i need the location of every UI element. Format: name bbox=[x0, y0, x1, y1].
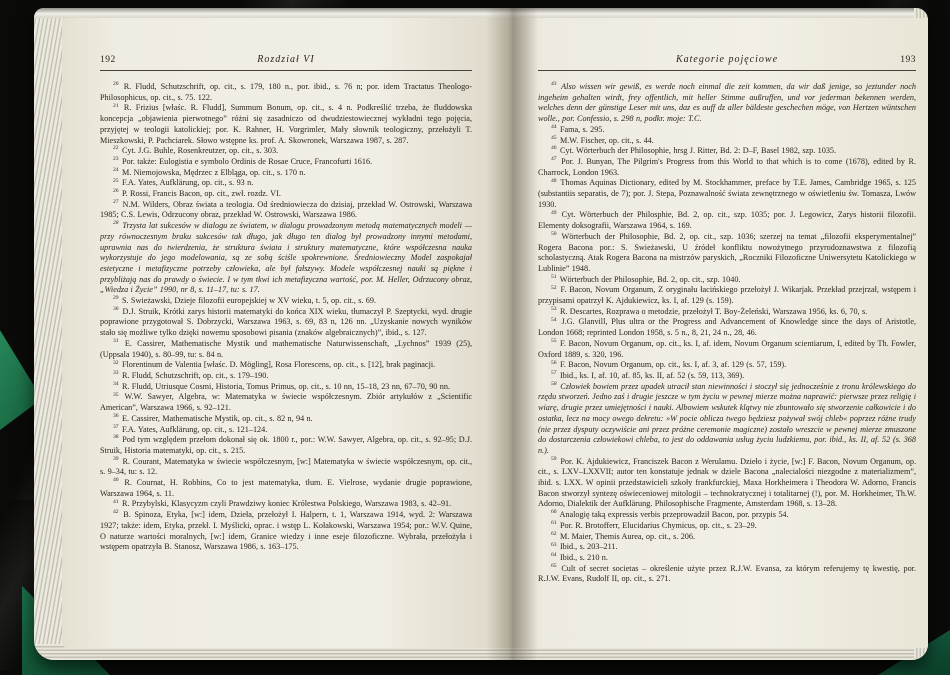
footnote: 23 Por. także: Eulogistia e symbolo Ordi… bbox=[100, 157, 472, 168]
page-edges-top bbox=[34, 8, 928, 18]
footnote-number: 57 bbox=[551, 370, 558, 376]
footnote: 44 Fama, s. 295. bbox=[538, 125, 916, 136]
footnote-number: 20 bbox=[113, 81, 120, 87]
footnote: 34 R. Fludd, Utriusque Cosmi, Historia, … bbox=[100, 382, 472, 393]
footnote: 40 R. Cournat, H. Robbins, Co to jest ma… bbox=[100, 478, 472, 499]
footnote-number: 42 bbox=[113, 509, 120, 515]
footnote-number: 44 bbox=[551, 124, 558, 130]
footnote-number: 53 bbox=[551, 306, 558, 312]
footnote-number: 35 bbox=[113, 392, 120, 398]
footnote-number: 60 bbox=[551, 509, 558, 515]
header-rule bbox=[100, 70, 472, 71]
footnote-number: 34 bbox=[113, 381, 120, 387]
footnote: 46 Cyt. Wörterbuch der Philosophie, hrsg… bbox=[538, 146, 916, 157]
footnote: 20 R. Fludd, Schutzschrift, op. cit., s.… bbox=[100, 82, 472, 103]
footnote: 21 R. Frizius [właśc. R. Fludd], Summum … bbox=[100, 103, 472, 146]
footnote-number: 38 bbox=[113, 434, 120, 440]
footnote-number: 24 bbox=[113, 167, 120, 173]
footnote-number: 55 bbox=[551, 338, 558, 344]
right-footnotes-list: 43 Also wissen wir gewiß, es werde noch … bbox=[538, 82, 916, 585]
book-scan-scene: 192 Rozdział VI 20 R. Fludd, Schutzschri… bbox=[0, 0, 950, 675]
footnote: 48 Thomas Aquinas Dictionary, edited by … bbox=[538, 178, 916, 210]
right-page: Kategorie pojęciowe 193 43 Also wissen w… bbox=[512, 18, 928, 648]
footnote-number: 33 bbox=[113, 370, 120, 376]
footnote: 22 Cyt. J.G. Buhle, Rosenkreutzer, op. c… bbox=[100, 146, 472, 157]
footnote-number: 31 bbox=[113, 338, 120, 344]
footnote: 54 J.G. Glanvill, Plus ultra or the Prog… bbox=[538, 317, 916, 338]
footnote: 53 R. Descartes, Rozprawa o metodzie, pr… bbox=[538, 307, 916, 318]
open-book: 192 Rozdział VI 20 R. Fludd, Schutzschri… bbox=[34, 8, 928, 660]
footnote-number: 32 bbox=[113, 360, 120, 366]
footnote: 35 W.W. Sawyer, Algebra, w: Matematyka w… bbox=[100, 392, 472, 413]
footnote: 59 Por. K. Ajdukiewicz, Franciszek Bacon… bbox=[538, 457, 916, 511]
left-footnotes-list: 20 R. Fludd, Schutzschrift, op. cit., s.… bbox=[100, 82, 472, 553]
left-running-head: Rozdział VI bbox=[160, 54, 412, 65]
footnote-number: 36 bbox=[113, 413, 120, 419]
footnote: 50 Wörterbuch der Philosophie, Bd. 2, op… bbox=[538, 232, 916, 275]
footnote-number: 50 bbox=[551, 231, 558, 237]
footnote: 26 P. Rossi, Francis Bacon, op. cit., zw… bbox=[100, 189, 472, 200]
footnote-number: 23 bbox=[113, 156, 120, 162]
footnote: 62 M. Maier, Themis Aurea, op. cit., s. … bbox=[538, 532, 916, 543]
footnote: 39 R. Courant, Matematyka w świecie wspó… bbox=[100, 457, 472, 478]
footnote: 25 F.A. Yates, Aufklärung, op. cit., s. … bbox=[100, 178, 472, 189]
footnote: 32 Florentinum de Valentia [właśc. D. Mö… bbox=[100, 360, 472, 371]
header-rule bbox=[538, 70, 916, 71]
left-page-header: 192 Rozdział VI bbox=[100, 54, 472, 65]
footnote-number: 37 bbox=[113, 424, 120, 430]
footnote: 60 Analogię taką expressis verbis przepr… bbox=[538, 510, 916, 521]
footnote-number: 64 bbox=[551, 552, 558, 558]
footnote-number: 29 bbox=[113, 295, 120, 301]
footnote: 29 S. Swieżawski, Dzieje filozofii europ… bbox=[100, 296, 472, 307]
footnote-number: 65 bbox=[551, 563, 558, 569]
footnote-number: 61 bbox=[551, 520, 558, 526]
page-edges-left bbox=[34, 8, 64, 660]
footnote: 31 E. Cassirer, Mathematische Mystik und… bbox=[100, 339, 472, 360]
footnote-number: 45 bbox=[551, 135, 558, 141]
footnote: 51 Wörterbuch der Philosophie, Bd. 2, op… bbox=[538, 275, 916, 286]
right-page-number: 193 bbox=[856, 55, 916, 65]
footnote-number: 27 bbox=[113, 199, 120, 205]
footnote-number: 47 bbox=[551, 156, 558, 162]
footnote: 24 M. Niemojowska, Mędrzec z Elbląga, op… bbox=[100, 168, 472, 179]
footnote-number: 56 bbox=[551, 360, 558, 366]
footnote: 45 M.W. Fischer, op. cit., s. 44. bbox=[538, 136, 916, 147]
footnote: 56 F. Bacon, Novum Organum, op. cit., ks… bbox=[538, 360, 916, 371]
footnote-number: 59 bbox=[551, 456, 558, 462]
footnote-number: 43 bbox=[551, 81, 558, 87]
footnote: 41 R. Przybylski, Klasycyzm czyli Prawdz… bbox=[100, 499, 472, 510]
footnote-number: 30 bbox=[113, 306, 120, 312]
footnote: 58 Człowiek bowiem przez upadek utracił … bbox=[538, 382, 916, 457]
footnote: 49 Cyt. Wörterbuch der Philosphie, Bd. 2… bbox=[538, 210, 916, 231]
footnote: 63 Ibid., s. 203–211. bbox=[538, 542, 916, 553]
footnote: 47 Por. J. Bunyan, The Pilgrim's Progres… bbox=[538, 157, 916, 178]
left-page-content: 192 Rozdział VI 20 R. Fludd, Schutzschri… bbox=[100, 54, 472, 640]
footnote-number: 22 bbox=[113, 145, 120, 151]
right-page-header: Kategorie pojęciowe 193 bbox=[538, 54, 916, 65]
footnote: 57 Ibid., ks. I, af. 10, af. 85, ks. II,… bbox=[538, 371, 916, 382]
footnote-number: 41 bbox=[113, 499, 120, 505]
footnote-number: 25 bbox=[113, 178, 120, 184]
footnote: 61 Por. R. Brotofferr, Elucidarius Chymi… bbox=[538, 521, 916, 532]
footnote-number: 48 bbox=[551, 178, 558, 184]
footnote: 36 E. Cassirer, Mathematische Mystik, op… bbox=[100, 414, 472, 425]
footnote: 28 Trzysta lat sukcesów w dialogu ze świ… bbox=[100, 221, 472, 296]
footnote-number: 21 bbox=[113, 103, 120, 109]
footnote-number: 40 bbox=[113, 477, 120, 483]
footnote: 38 Pod tym względem przełom dokonał się … bbox=[100, 435, 472, 456]
footnote: 55 F. Bacon, Novum Organum, op. cit., ks… bbox=[538, 339, 916, 360]
footnote-number: 63 bbox=[551, 542, 558, 548]
footnote-number: 46 bbox=[551, 145, 558, 151]
footnote-number: 26 bbox=[113, 188, 120, 194]
footnote: 65 Cult of secret societas – określenie … bbox=[538, 564, 916, 585]
footnote: 64 Ibid., s. 210 n. bbox=[538, 553, 916, 564]
footnote-number: 28 bbox=[113, 220, 120, 226]
right-page-content: Kategorie pojęciowe 193 43 Also wissen w… bbox=[538, 54, 916, 640]
footnote: 52 F. Bacon, Novum Organum, Z oryginału … bbox=[538, 285, 916, 306]
footnote-number: 49 bbox=[551, 210, 558, 216]
footnote-number: 62 bbox=[551, 531, 558, 537]
footnote: 33 R. Fludd, Schutzschrift, op. cit., s.… bbox=[100, 371, 472, 382]
footnote: 37 F.A. Yates, Aufklärung, op. cit., s. … bbox=[100, 425, 472, 436]
right-running-head: Kategorie pojęciowe bbox=[598, 54, 856, 65]
left-page: 192 Rozdział VI 20 R. Fludd, Schutzschri… bbox=[62, 18, 512, 648]
footnote: 42 B. Spinoza, Etyka, [w:] idem, Dzieła,… bbox=[100, 510, 472, 553]
footnote: 27 N.M. Wilders, Obraz świata a teologia… bbox=[100, 200, 472, 221]
footnote-number: 58 bbox=[551, 381, 558, 387]
footnote-number: 39 bbox=[113, 456, 120, 462]
left-page-number: 192 bbox=[100, 55, 160, 65]
footnote: 43 Also wissen wir gewiß, es werde noch … bbox=[538, 82, 916, 125]
footnote: 30 D.J. Struik, Krótki zarys historii ma… bbox=[100, 307, 472, 339]
footnote-number: 54 bbox=[551, 317, 558, 323]
footnote-number: 52 bbox=[551, 285, 558, 291]
footnote-number: 51 bbox=[551, 274, 558, 280]
